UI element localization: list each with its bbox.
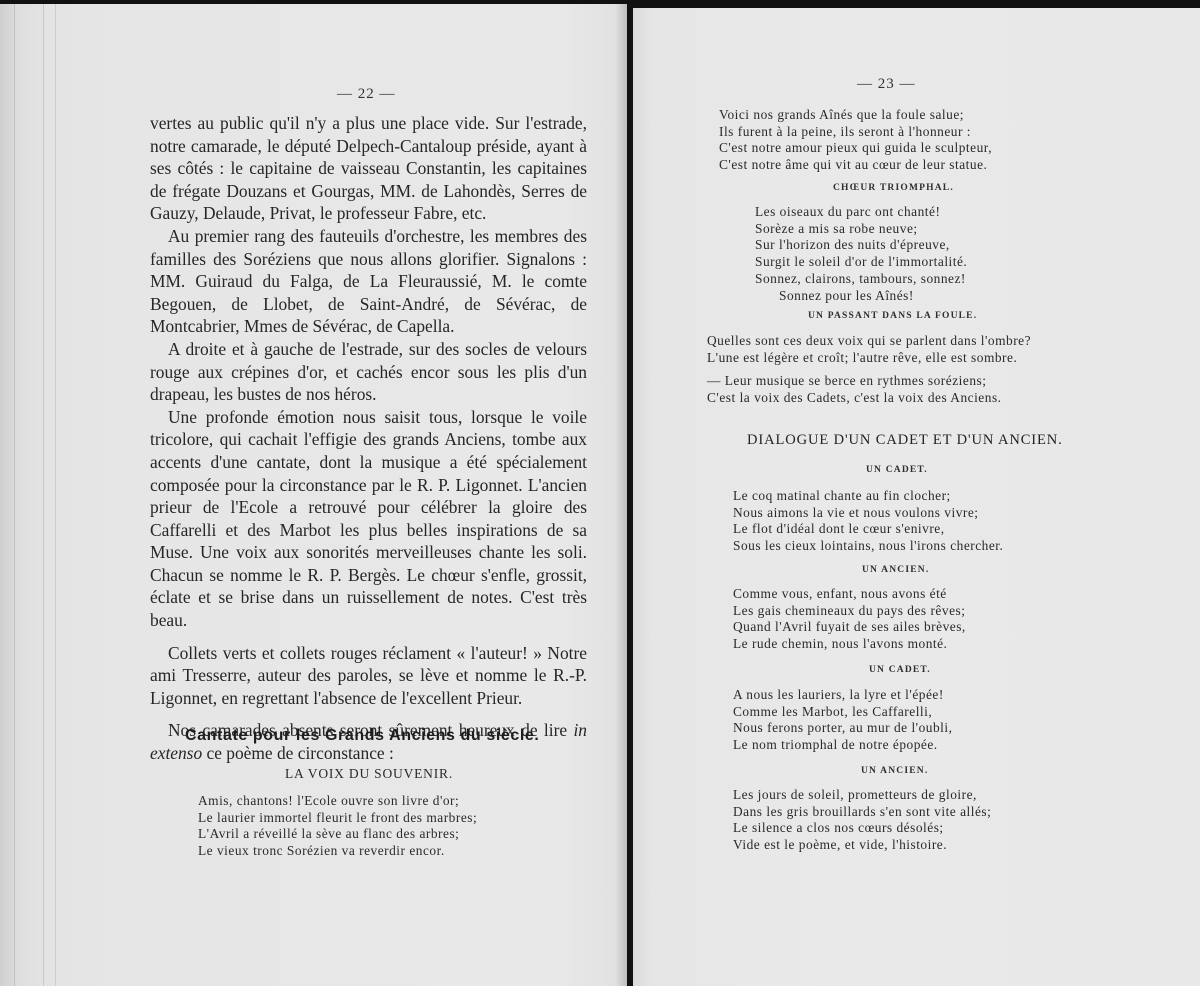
verse-line: L'une est légère et croît; l'autre rêve,… (707, 350, 1031, 367)
passant-verse: Quelles sont ces deux voix qui se parlen… (707, 333, 1031, 407)
verse-line: Ils furent à la peine, ils seront à l'ho… (719, 124, 992, 141)
verse-line: Sonnez pour les Aînés! (755, 288, 967, 305)
verse-line: Quelles sont ces deux voix qui se parlen… (707, 333, 1031, 350)
dialogue-verse: Le coq matinal chante au fin clocher; No… (733, 488, 1003, 555)
verse-line: Nous ferons porter, au mur de l'oubli, (733, 720, 952, 737)
cantata-title: Cantate pour les Grands Anciens du siècl… (185, 727, 555, 745)
verse-line: Comme vous, enfant, nous avons été (733, 586, 966, 603)
verse-line: Le vieux tronc Sorézien va reverdir enco… (198, 843, 477, 860)
left-page-number: — 22 — (337, 86, 396, 103)
paragraph: A droite et à gauche de l'estrade, sur d… (150, 338, 587, 406)
dialogue-title: DIALOGUE D'UN CADET ET D'UN ANCIEN. (747, 432, 1063, 449)
verse-line: L'Avril a réveillé la sève au flanc des … (198, 826, 477, 843)
verse-line: C'est la voix des Cadets, c'est la voix … (707, 390, 1031, 407)
verse-line: A nous les lauriers, la lyre et l'épée! (733, 687, 952, 704)
verse-line: Les jours de soleil, prometteurs de gloi… (733, 787, 991, 804)
speaker-label: UN ANCIEN. (862, 565, 929, 575)
verse-line: Quand l'Avril fuyait de ses ailes brèves… (733, 619, 966, 636)
right-page-number: — 23 — (857, 76, 916, 93)
dialogue-verse: Les jours de soleil, prometteurs de gloi… (733, 787, 991, 854)
verse-line: Dans les gris brouillards s'en sont vite… (733, 804, 991, 821)
verse-line: Les gais chemineaux du pays des rêves; (733, 603, 966, 620)
verse-line: Vide est le poème, et vide, l'histoire. (733, 837, 991, 854)
verse-line: Comme les Marbot, les Caffarelli, (733, 704, 952, 721)
paragraph: Au premier rang des fauteuils d'orchestr… (150, 225, 587, 338)
opening-verse: Voici nos grands Aînés que la foule salu… (719, 107, 992, 174)
verse-line: Sonnez, clairons, tambours, sonnez! (755, 271, 967, 288)
verse-line: Amis, chantons! l'Ecole ouvre son livre … (198, 793, 477, 810)
verse-line: C'est notre amour pieux qui guida le scu… (719, 140, 992, 157)
speaker-label: UN ANCIEN. (861, 766, 928, 776)
verse-line: Le rude chemin, nous l'avons monté. (733, 636, 966, 653)
dialogue-verse: Comme vous, enfant, nous avons été Les g… (733, 586, 966, 653)
choeur-verse: Les oiseaux du parc ont chanté! Sorèze a… (755, 204, 967, 304)
book-spread: — 22 — vertes au public qu'il n'y a plus… (0, 0, 1200, 986)
verse-line: Sur l'horizon des nuits d'épreuve, (755, 237, 967, 254)
verse-line: Nous aimons la vie et nous voulons vivre… (733, 505, 1003, 522)
verse-line: Le coq matinal chante au fin clocher; (733, 488, 1003, 505)
verse-line: Le nom triomphal de notre épopée. (733, 737, 952, 754)
paragraph: vertes au public qu'il n'y a plus une pl… (150, 112, 587, 225)
paragraph: Collets verts et collets rouges réclamen… (150, 642, 587, 710)
verse-line: Voici nos grands Aînés que la foule salu… (719, 107, 992, 124)
speaker-label: UN PASSANT DANS LA FOULE. (808, 311, 977, 321)
verse-line: C'est notre âme qui vit au cœur de leur … (719, 157, 992, 174)
left-body-text: vertes au public qu'il n'y a plus une pl… (150, 112, 587, 765)
section-title: LA VOIX DU SOUVENIR. (285, 766, 453, 782)
page-edges (14, 4, 56, 986)
verse-line: Les oiseaux du parc ont chanté! (755, 204, 967, 221)
verse-line: Surgit le soleil d'or de l'immortalité. (755, 254, 967, 271)
verse-line: Le laurier immortel fleurit le front des… (198, 810, 477, 827)
speaker-label: UN CADET. (869, 665, 931, 675)
left-verse: Amis, chantons! l'Ecole ouvre son livre … (198, 793, 477, 860)
verse-line: Sorèze a mis sa robe neuve; (755, 221, 967, 238)
verse-line: Sous les cieux lointains, nous l'irons c… (733, 538, 1003, 555)
dialogue-verse: A nous les lauriers, la lyre et l'épée! … (733, 687, 952, 754)
verse-line: Le flot d'idéal dont le cœur s'enivre, (733, 521, 1003, 538)
verse-line: Le silence a clos nos cœurs désolés; (733, 820, 991, 837)
speaker-label: UN CADET. (866, 465, 928, 475)
paragraph: Une profonde émotion nous saisit tous, l… (150, 406, 587, 632)
speaker-label: CHŒUR TRIOMPHAL. (833, 183, 954, 193)
verse-line: — Leur musique se berce en rythmes soréz… (707, 373, 1031, 390)
closing-text-end: ce poème de circonstance : (202, 743, 394, 763)
